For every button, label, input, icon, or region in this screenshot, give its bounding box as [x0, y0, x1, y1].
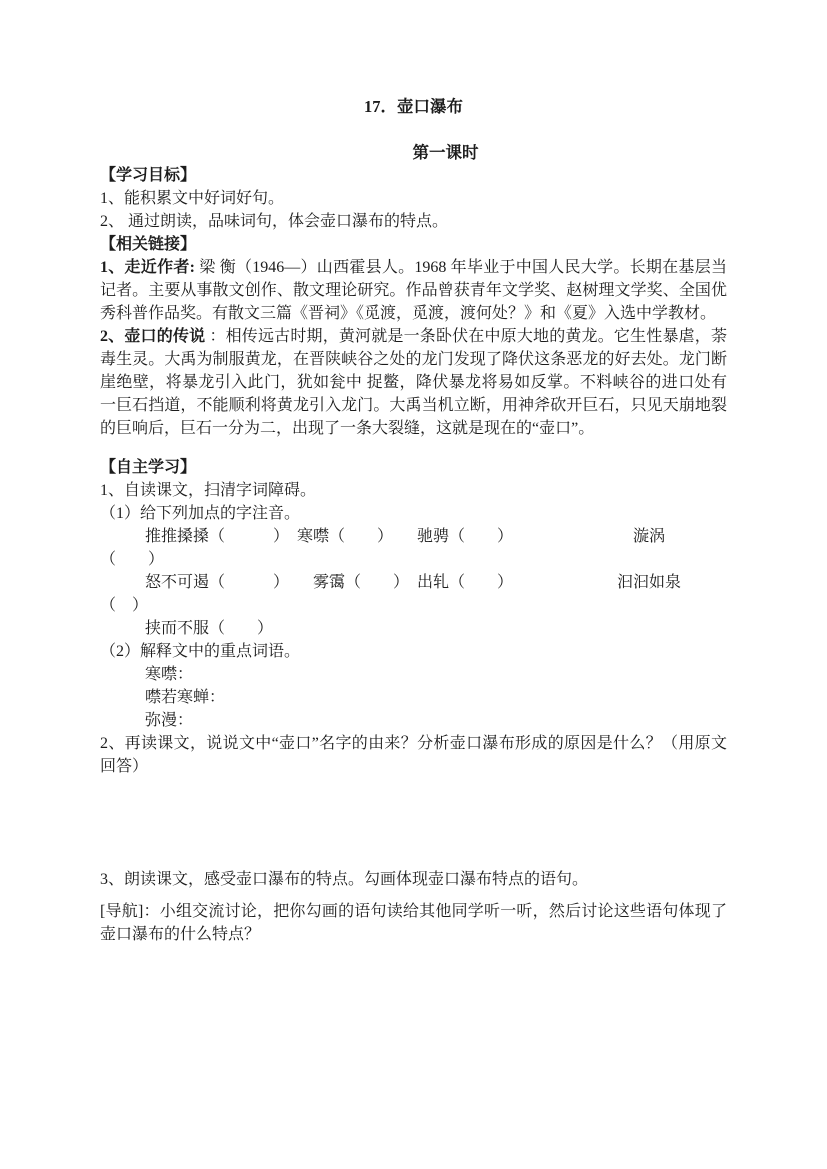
vocabulary-term-1: 寒噤： [100, 663, 727, 686]
self-study-task-3: 3、朗读课文，感受壶口瀑布的特点。勾画体现壶口瀑布特点的语句。 [100, 868, 727, 891]
navigation-tip: [导航]：小组交流讨论，把你勾画的语句读给其他同学听一听，然后讨论这些语句体现了… [100, 900, 727, 946]
author-intro-text: 梁 衡（1946—）山西霍县人。1968 年毕业于中国人民大学。长期在基层当记者… [100, 259, 727, 322]
session-title: 第一课时 [100, 141, 727, 164]
section-heading-self-study: 【自主学习】 [100, 456, 727, 479]
pinyin-blank-row-2-continuation: （ ） [100, 594, 727, 617]
learning-goal-item-1: 1、能积累文中好词好句。 [100, 187, 727, 210]
pinyin-blank-row-1: 推推搡搡（ ） 寒噤（ ） 驰骋（ ） 漩涡 [100, 525, 727, 548]
document-page: 17．壶口瀑布 第一课时 【学习目标】 1、能积累文中好词好句。 2、 通过朗读… [0, 0, 827, 1169]
self-study-subtask-2: （2）解释文中的重点词语。 [100, 640, 727, 663]
self-study-task-2: 2、再读课文，说说文中“壶口”名字的由来？分析壶口瀑布形成的原因是什么？（用原文… [100, 732, 727, 778]
hukou-legend-paragraph: 2、壶口的传说 ：相传远古时期，黄河就是一条卧伏在中原大地的黄龙。它生性暴虐，荼… [100, 325, 727, 440]
hukou-legend-label: 2、壶口的传说 [100, 328, 205, 345]
vocabulary-term-2: 噤若寒蝉： [100, 686, 727, 709]
learning-goal-item-2: 2、 通过朗读，品味词句，体会壶口瀑布的特点。 [100, 210, 727, 233]
pinyin-blank-row-2: 怒不可遏（ ） 雾霭（ ） 出轧（ ） 汩汩如泉 [100, 571, 727, 594]
pinyin-blank-row-1-continuation: （ ） [100, 548, 727, 571]
author-intro-paragraph: 1、走近作者: 梁 衡（1946—）山西霍县人。1968 年毕业于中国人民大学。… [100, 256, 727, 325]
vocabulary-term-3: 弥漫： [100, 709, 727, 732]
lesson-title: 17．壶口瀑布 [100, 95, 727, 118]
section-heading-learning-goals: 【学习目标】 [100, 164, 727, 187]
author-intro-label: 1、走近作者: [100, 259, 195, 276]
self-study-task-1: 1、自读课文，扫清字词障碍。 [100, 479, 727, 502]
pinyin-blank-row-3: 挟而不服（ ） [100, 617, 727, 640]
self-study-subtask-1: （1）给下列加点的字注音。 [100, 502, 727, 525]
section-heading-related-links: 【相关链接】 [100, 233, 727, 256]
